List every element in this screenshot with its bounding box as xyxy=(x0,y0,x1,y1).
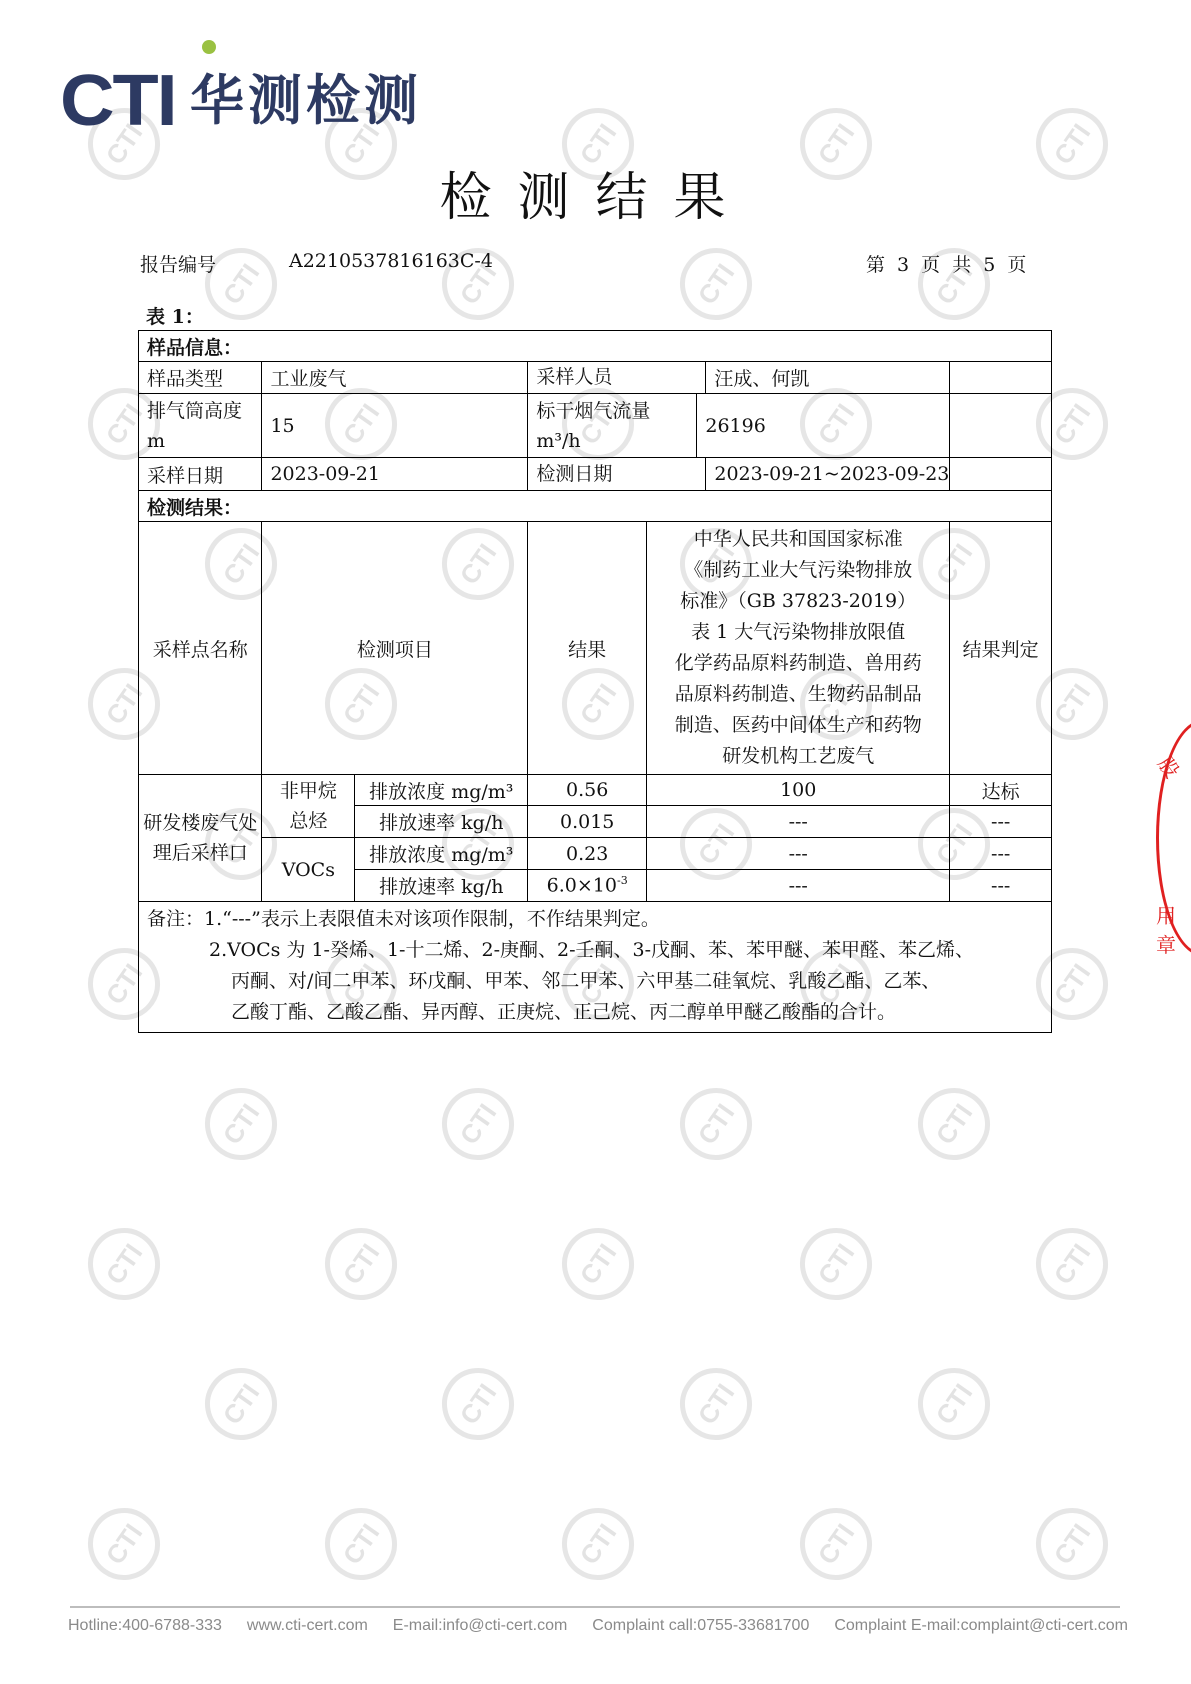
header-standard: 中华人民共和国国家标准 《制药工业大气污染物排放 标准》（GB 37823-20… xyxy=(647,522,950,775)
flow-rate-unit: m³/h xyxy=(536,426,696,456)
footer-complaint-email[interactable]: Complaint E-mail:complaint@cti-cert.com xyxy=(834,1617,1128,1635)
result-value: 0.23 xyxy=(528,838,647,870)
sample-type-value: 工业废气 xyxy=(262,362,528,394)
param-label: 排放速率 kg/h xyxy=(355,806,528,838)
table-row: 样品类型 工业废气 采样人员 汪成、何凯 xyxy=(139,362,1052,394)
note-line: 乙酸丁酯、乙酸乙酯、异丙醇、正庚烷、正己烷、丙二醇单甲醚乙酸酯的合计。 xyxy=(147,997,1043,1028)
cti-watermark-icon: CTI xyxy=(666,1074,766,1174)
sampler-value: 汪成、何凯 xyxy=(706,364,809,391)
results-header-row: 采样点名称 检测项目 结果 中华人民共和国国家标准 《制药工业大气污染物排放 标… xyxy=(139,522,1052,775)
header-result: 结果 xyxy=(528,522,647,775)
table-row: 研发楼废气处 理后采样口 非甲烷 总烃 排放浓度 mg/m³ 0.56 100 … xyxy=(139,775,1052,806)
cti-watermark-icon: CTI xyxy=(311,1494,411,1594)
footer: Hotline:400-6788-333 www.cti-cert.com E-… xyxy=(68,1617,1128,1635)
param-label: 排放速率 kg/h xyxy=(355,870,528,902)
report-number: A2210537816163C-4 xyxy=(289,250,493,272)
footer-complaint-call: Complaint call:0755-33681700 xyxy=(592,1617,809,1635)
footer-website[interactable]: www.cti-cert.com xyxy=(247,1617,368,1635)
table-caption: 表 1： xyxy=(146,302,204,329)
results-table: 样品信息： 样品类型 工业废气 采样人员 汪成、何凯 排气筒高度 m 15 标干… xyxy=(138,330,1052,1033)
judgement-value: --- xyxy=(950,838,1052,870)
cti-watermark-icon: CTI xyxy=(428,234,528,334)
cti-watermark-icon: CTI xyxy=(666,234,766,334)
test-date-value: 2023-09-21~2023-09-23 xyxy=(706,463,949,485)
notes: 备注：1.“---”表示上表限值未对该项作限制，不作结果判定。 2.VOCs 为… xyxy=(139,902,1052,1033)
param-label: 排放浓度 mg/m³ xyxy=(355,838,528,870)
sampler-label: 采样人员 xyxy=(528,362,706,393)
cti-watermark-icon: CTI xyxy=(1022,1494,1122,1594)
result-value: 0.56 xyxy=(528,775,647,806)
pollutant-nmhc: 非甲烷 总烃 xyxy=(262,775,355,838)
report-number-label: 报告编号 xyxy=(140,250,216,277)
judgement-value: 达标 xyxy=(950,775,1052,806)
limit-value: 100 xyxy=(647,775,950,806)
sampling-site: 研发楼废气处 理后采样口 xyxy=(139,775,262,902)
stack-height-value: 15 xyxy=(262,394,528,458)
cti-watermark-icon: CTI xyxy=(74,1494,174,1594)
stack-height-label: 排气筒高度 xyxy=(147,396,253,426)
logo-dot-icon xyxy=(202,40,216,54)
cti-watermark-icon: CTI xyxy=(74,1214,174,1314)
flow-rate-value: 26196 xyxy=(697,415,765,437)
sample-type-label: 样品类型 xyxy=(139,362,262,394)
stack-height-unit: m xyxy=(147,426,253,456)
cti-watermark-icon: CTI xyxy=(904,234,1004,334)
note-line: 备注：1.“---”表示上表限值未对该项作限制，不作结果判定。 xyxy=(147,904,1043,935)
cti-watermark-icon: CTI xyxy=(904,1354,1004,1454)
cti-watermark-icon: CTI xyxy=(191,234,291,334)
table-row: VOCs 排放浓度 mg/m³ 0.23 --- --- xyxy=(139,838,1052,870)
company-logo: CTI 华测检测 xyxy=(60,52,422,132)
cti-watermark-icon: CTI xyxy=(191,1354,291,1454)
cti-watermark-icon: CTI xyxy=(428,1074,528,1174)
judgement-value: --- xyxy=(950,870,1052,902)
footer-divider xyxy=(70,1606,1120,1608)
cti-watermark-icon: CTI xyxy=(548,1494,648,1594)
logo-name-cn: 华测检测 xyxy=(190,70,422,132)
cti-watermark-icon: CTI xyxy=(548,1214,648,1314)
results-heading: 检测结果： xyxy=(139,491,1052,522)
header-item: 检测项目 xyxy=(262,522,528,775)
footer-email[interactable]: E-mail:info@cti-cert.com xyxy=(393,1617,568,1635)
cti-watermark-icon: CTI xyxy=(904,1074,1004,1174)
page-info: 第 3 页 共 5 页 xyxy=(866,250,1026,277)
pollutant-vocs: VOCs xyxy=(262,838,355,902)
page-title: 检测结果 xyxy=(0,155,1191,230)
param-label: 排放浓度 mg/m³ xyxy=(355,775,528,806)
cti-watermark-icon: CTI xyxy=(1022,1214,1122,1314)
sample-info-heading: 样品信息： xyxy=(139,331,1052,362)
result-value: 6.0×10-3 xyxy=(528,870,647,902)
header-judgement: 结果判定 xyxy=(950,522,1052,775)
table-row: 排气筒高度 m 15 标干烟气流量 m³/h 26196 xyxy=(139,394,1052,458)
limit-value: --- xyxy=(647,838,950,870)
cti-watermark-icon: CTI xyxy=(191,1074,291,1174)
cti-watermark-icon: CTI xyxy=(786,1214,886,1314)
logo-brand: CTI xyxy=(60,70,175,132)
notes-row: 备注：1.“---”表示上表限值未对该项作限制，不作结果判定。 2.VOCs 为… xyxy=(139,902,1052,1033)
footer-hotline: Hotline:400-6788-333 xyxy=(68,1617,222,1635)
cti-watermark-icon: CTI xyxy=(311,1214,411,1314)
flow-rate-label: 标干烟气流量 xyxy=(536,396,696,426)
cti-watermark-icon: CTI xyxy=(666,1354,766,1454)
sampling-date-label: 采样日期 xyxy=(139,458,262,491)
cti-watermark-icon: CTI xyxy=(786,1494,886,1594)
note-line: 2.VOCs 为 1-癸烯、1-十二烯、2-庚酮、2-壬酮、3-戊酮、苯、苯甲醚… xyxy=(147,935,1043,966)
sampling-date-value: 2023-09-21 xyxy=(262,458,528,491)
result-value: 0.015 xyxy=(528,806,647,838)
judgement-value: --- xyxy=(950,806,1052,838)
sample-info-section-row: 样品信息： xyxy=(139,331,1052,362)
limit-value: --- xyxy=(647,806,950,838)
table-row: 采样日期 2023-09-21 检测日期 2023-09-21~2023-09-… xyxy=(139,458,1052,491)
limit-value: --- xyxy=(647,870,950,902)
header-site: 采样点名称 xyxy=(139,522,262,775)
cti-watermark-icon: CTI xyxy=(428,1354,528,1454)
note-line: 丙酮、对/间二甲苯、环戊酮、甲苯、邻二甲苯、六甲基二硅氧烷、乳酸乙酯、乙苯、 xyxy=(147,966,1043,997)
test-date-label: 检测日期 xyxy=(528,458,706,490)
results-section-row: 检测结果： xyxy=(139,491,1052,522)
